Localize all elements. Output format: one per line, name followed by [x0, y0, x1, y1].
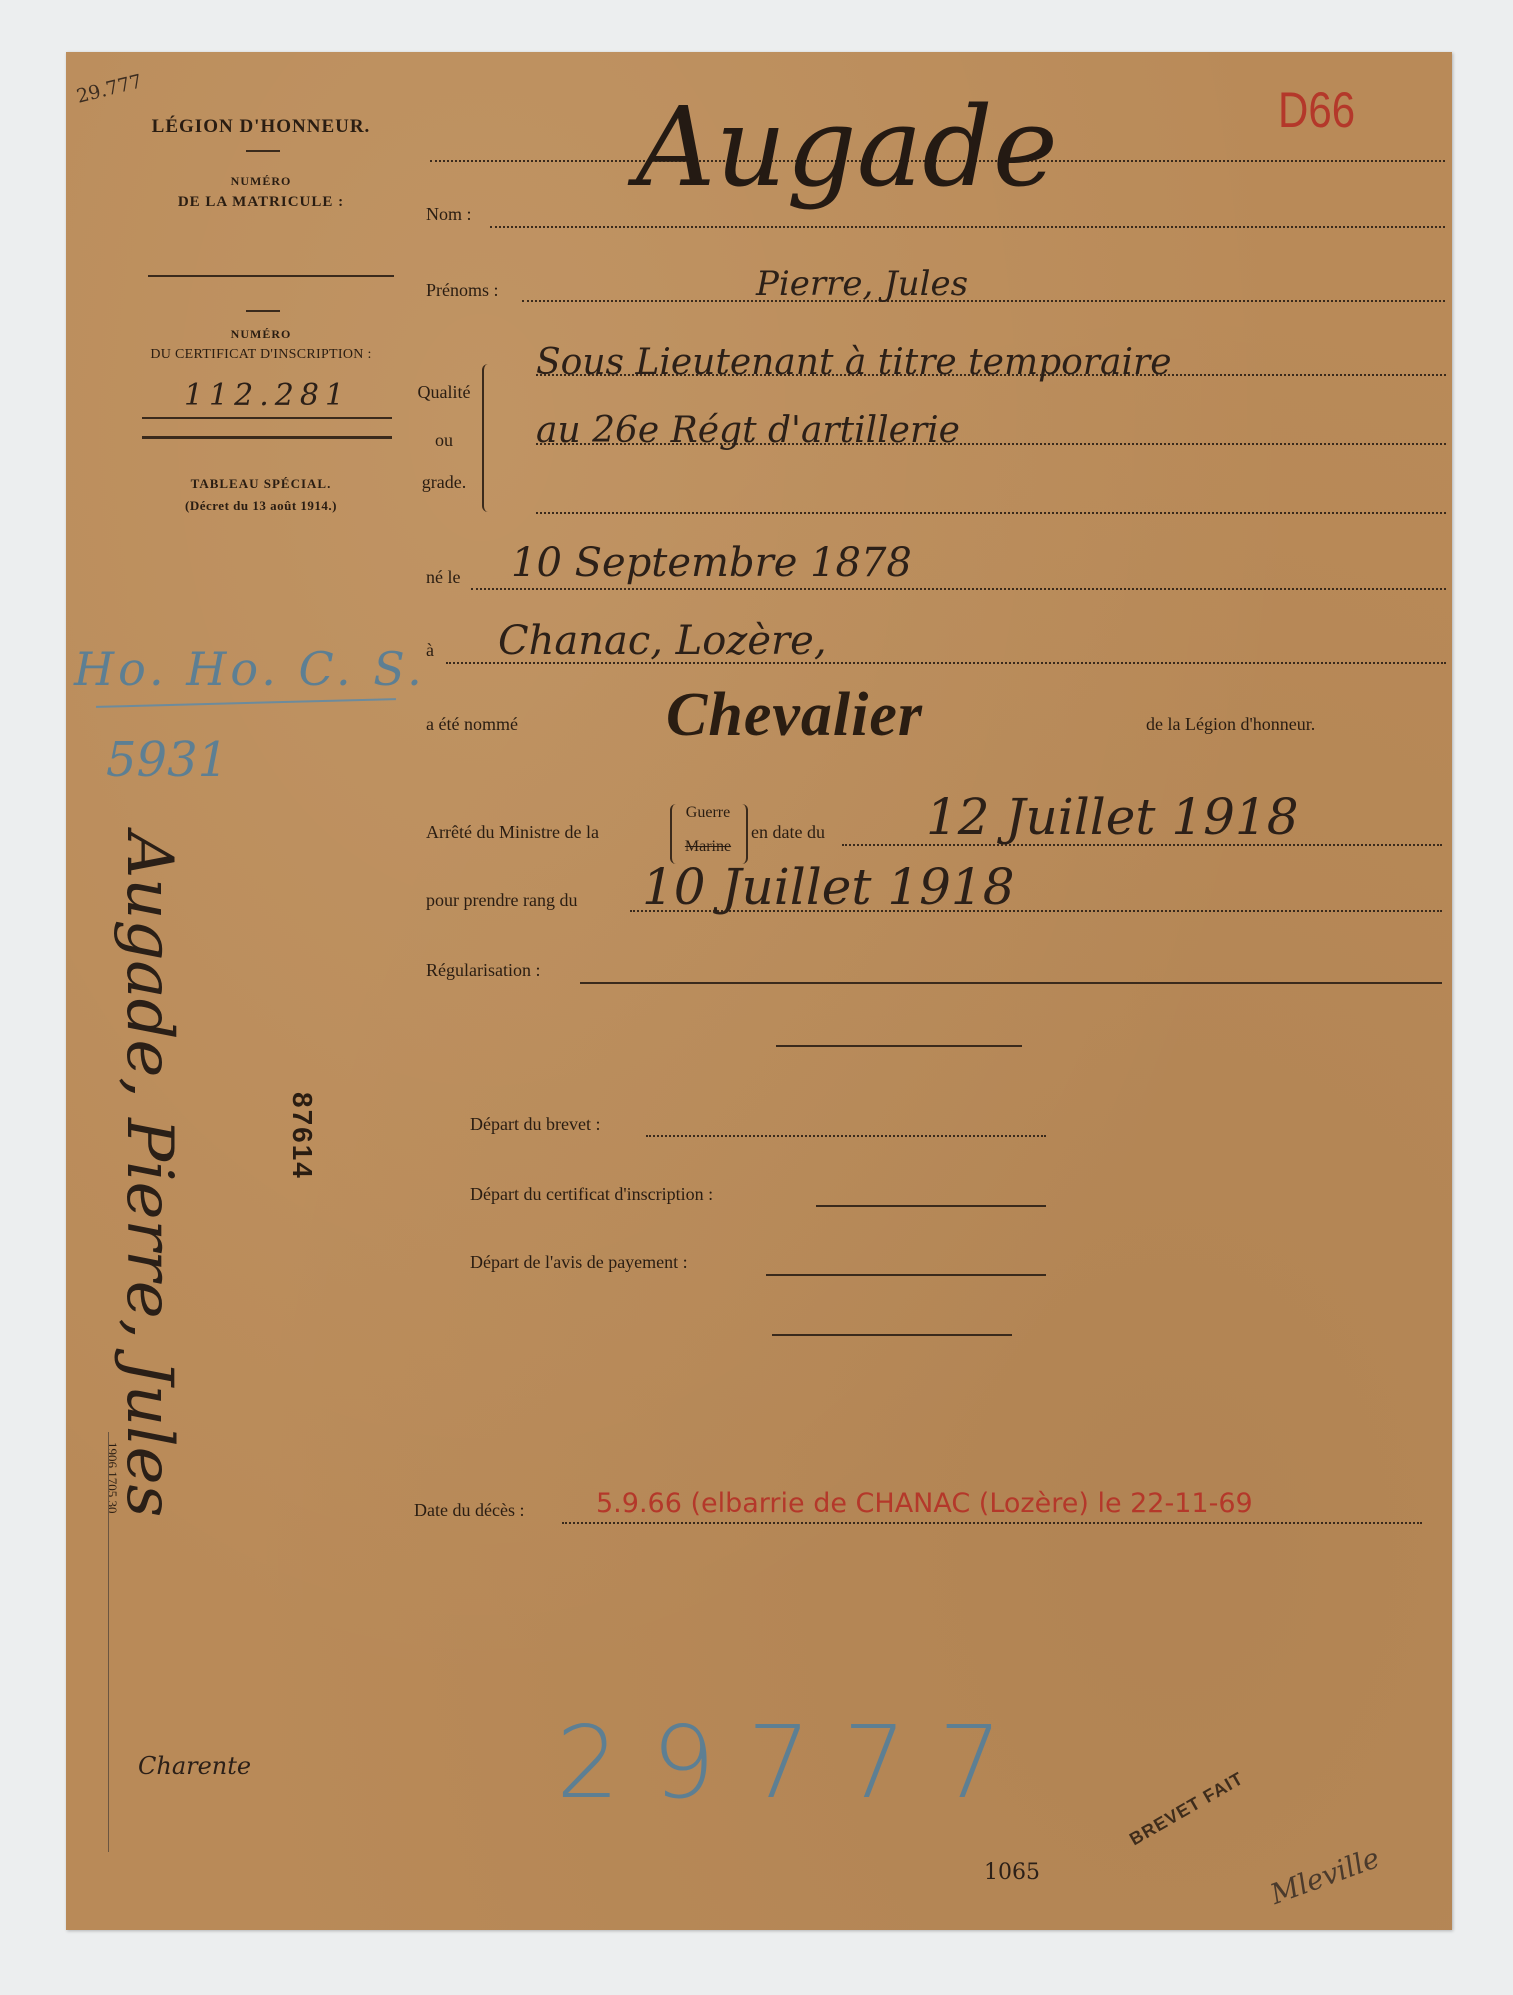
en-date-label: en date du [751, 822, 825, 843]
nom-line [490, 226, 1445, 228]
deces-label: Date du décès : [414, 1500, 524, 1521]
ne-le-value: 10 Septembre 1878 [511, 540, 912, 586]
matricule-label-1: NUMÉRO [106, 174, 416, 189]
charente-note: Charente [138, 1752, 251, 1780]
corner-note: 29.777 [74, 70, 144, 107]
depart-avis-label: Départ de l'avis de payement : [470, 1252, 688, 1273]
divider [246, 310, 280, 312]
blue-pencil-number: 5931 [106, 732, 228, 788]
prenoms-line [522, 300, 1445, 302]
nomme-label: a été nommé [426, 714, 518, 735]
depart-brevet-line [646, 1135, 1046, 1137]
matricule-label-2: DE LA MATRICULE : [106, 194, 416, 211]
depart-brevet-label: Départ du brevet : [470, 1114, 600, 1135]
section-divider-2 [772, 1334, 1012, 1336]
ne-le-line [471, 588, 1446, 590]
tableau-special: TABLEAU SPÉCIAL. [106, 476, 416, 492]
qualite-brace [482, 364, 492, 512]
signature: Mleville [1266, 1841, 1384, 1911]
qualite-line-1-rule [536, 374, 1446, 376]
certificat-label-2: DU CERTIFICAT D'INSCRIPTION : [96, 347, 426, 363]
document-sheet: 29.777 LÉGION D'HONNEUR. NUMÉRO DE LA MA… [66, 52, 1452, 1930]
arrete-label: Arrêté du Ministre de la [426, 822, 599, 843]
decret: (Décret du 13 août 1914.) [106, 498, 416, 514]
certificat-line [142, 417, 392, 419]
matricule-line [148, 275, 394, 277]
qualite-line-1: Sous Lieutenant à titre temporaire [536, 342, 1172, 383]
depart-avis-line [766, 1274, 1046, 1276]
pencil-margin-line [108, 1432, 109, 1852]
depart-certificat-line [816, 1205, 1046, 1207]
deces-line [562, 1522, 1422, 1524]
a-value: Chanac, Lozère, [498, 618, 827, 664]
vertical-stamp-number: 87614 [286, 1092, 318, 1180]
regularisation-line [580, 982, 1442, 984]
big-blue-number: 29777 [556, 1704, 1034, 1821]
legion-header: LÉGION D'HONNEUR. [106, 116, 416, 138]
arrete-date: 12 Juillet 1918 [926, 788, 1299, 846]
rang-date: 10 Juillet 1918 [642, 858, 1015, 916]
rang-label: pour prendre rang du [426, 890, 577, 911]
ministry-brace-right [740, 804, 748, 864]
ministry-option-marine: Marine [678, 838, 738, 856]
ministry-brace-left [670, 804, 678, 864]
legion-suffix: de la Légion d'honneur. [1146, 714, 1315, 735]
prenoms-value: Pierre, Jules [756, 264, 968, 304]
ministry-option-guerre: Guerre [678, 804, 738, 822]
small-number: 1065 [984, 1860, 1040, 1885]
qualite-label-3: grade. [411, 472, 477, 493]
vertical-name: Augade, Pierre, Jules [112, 832, 186, 1517]
prenoms-label: Prénoms : [426, 280, 499, 301]
a-label: à [426, 640, 434, 661]
regularisation-label: Régularisation : [426, 960, 540, 981]
nom-value: Augade [636, 92, 1058, 202]
deces-value: 5.9.66 (elbarrie de CHANAC (Lozère) le 2… [596, 1488, 1253, 1519]
qualite-line-3-rule [536, 512, 1446, 514]
qualite-line-2-rule [536, 443, 1446, 445]
file-code: D66 [1278, 81, 1355, 139]
divider [246, 150, 280, 152]
blue-pencil-note: Ho. Ho. C. S. [74, 642, 426, 696]
ne-le-label: né le [426, 567, 460, 588]
ornamental-rule [142, 436, 392, 439]
qualite-label-1: Qualité [411, 382, 477, 403]
blue-pencil-rule [96, 698, 396, 708]
vertical-small-number: 1906 1705 30 [104, 1442, 120, 1514]
section-divider [776, 1045, 1022, 1047]
qualite-label-2: ou [411, 430, 477, 451]
nom-label: Nom : [426, 204, 472, 225]
brevet-fait-stamp: BREVET FAIT [1126, 1768, 1247, 1850]
certificat-value: 112.281 [142, 378, 392, 413]
grade-title: Chevalier [666, 680, 923, 751]
depart-certificat-label: Départ du certificat d'inscription : [470, 1184, 713, 1205]
certificat-label-1: NUMÉRO [106, 327, 416, 342]
